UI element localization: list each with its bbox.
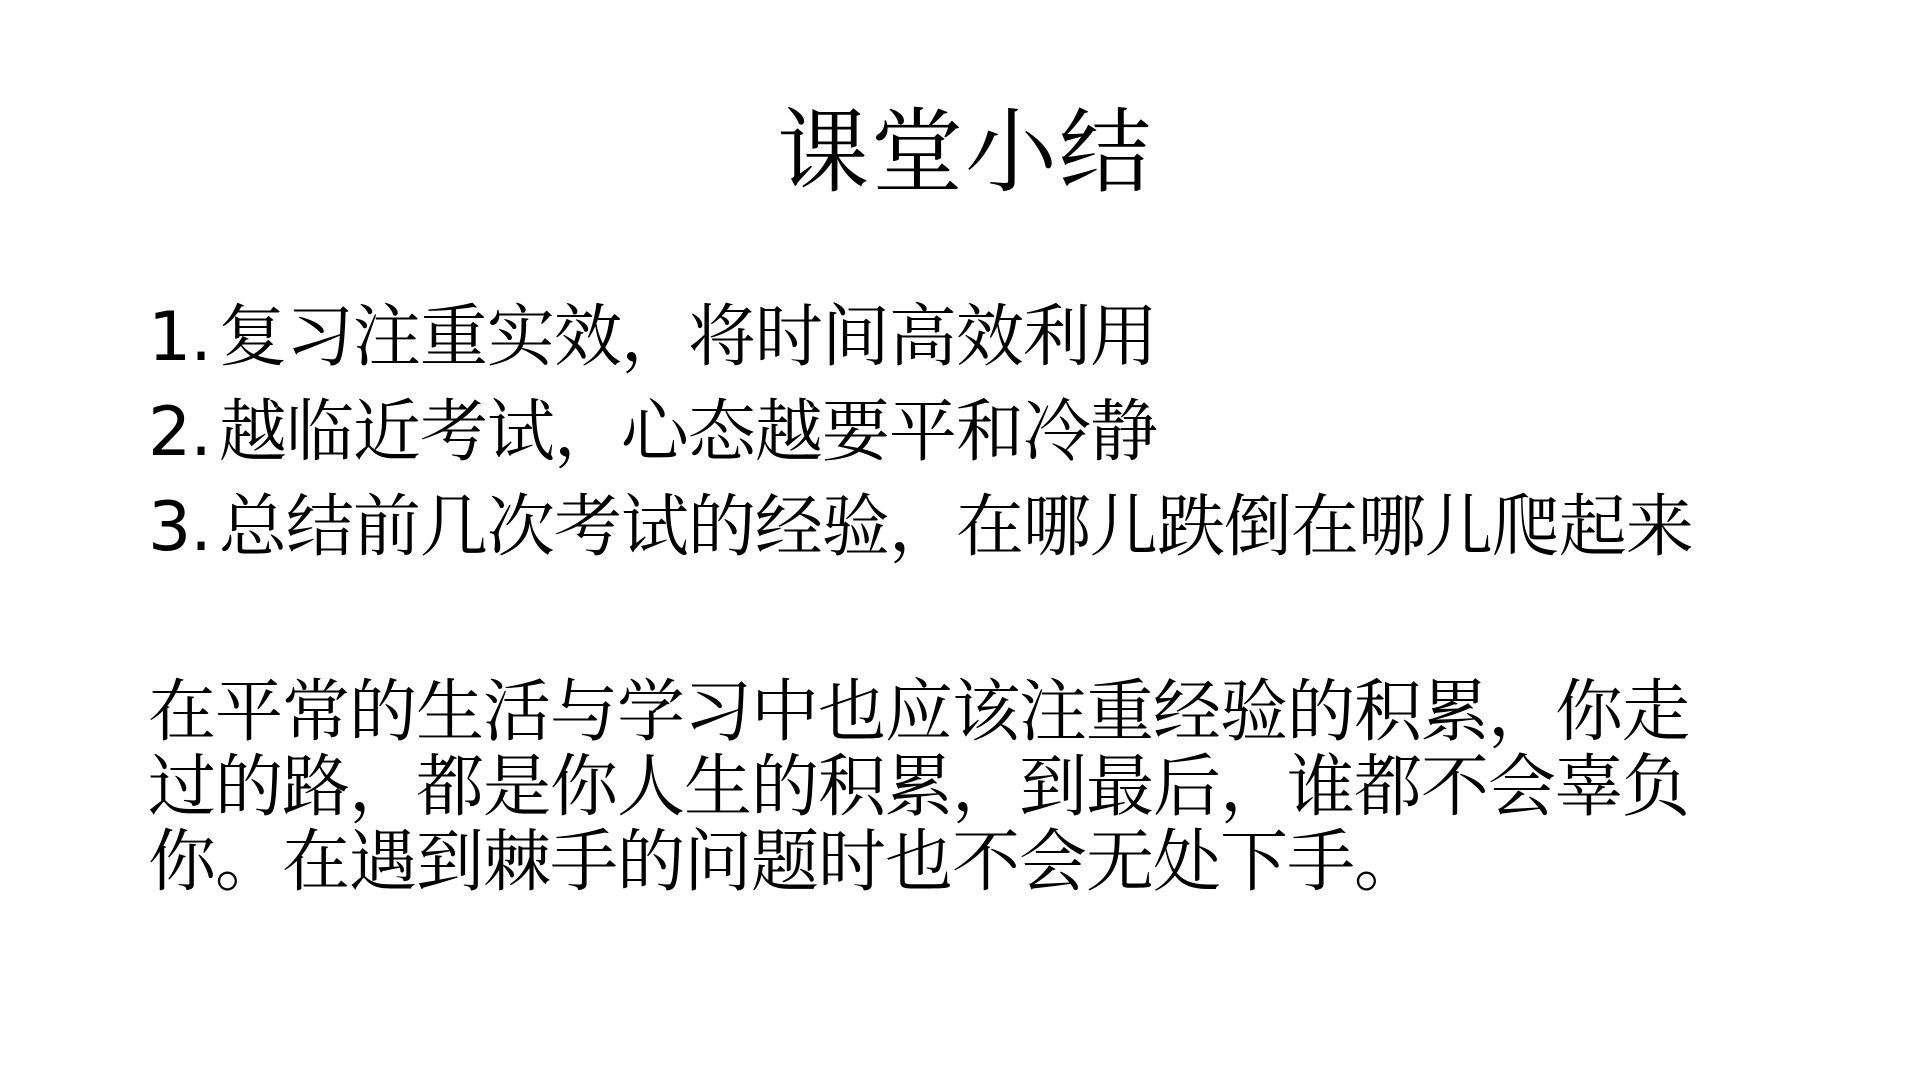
closing-paragraph: 在平常的生活与学习中也应该注重经验的积累，你走 过的路，都是你人生的积累，到最后… bbox=[148, 675, 1788, 900]
summary-point-3: 3.总结前几次考试的经验，在哪儿跌倒在哪儿爬起来 bbox=[148, 480, 1693, 575]
paragraph-line: 在平常的生活与学习中也应该注重经验的积累，你走 bbox=[148, 675, 1788, 750]
point-number: 2. bbox=[148, 385, 211, 480]
slide: 课堂小结 1.复习注重实效，将时间高效利用 2.越临近考试，心态越要平和冷静 3… bbox=[0, 0, 1920, 1080]
slide-title: 课堂小结 bbox=[0, 98, 1920, 208]
point-number: 1. bbox=[148, 290, 211, 385]
summary-point-2: 2.越临近考试，心态越要平和冷静 bbox=[148, 385, 1693, 480]
point-number: 3. bbox=[148, 480, 211, 575]
summary-list: 1.复习注重实效，将时间高效利用 2.越临近考试，心态越要平和冷静 3.总结前几… bbox=[148, 290, 1693, 575]
paragraph-line: 过的路，都是你人生的积累，到最后，谁都不会辜负 bbox=[148, 750, 1788, 825]
point-text: 总结前几次考试的经验，在哪儿跌倒在哪儿爬起来 bbox=[219, 488, 1693, 567]
point-text: 复习注重实效，将时间高效利用 bbox=[219, 298, 1157, 377]
point-text: 越临近考试，心态越要平和冷静 bbox=[219, 393, 1157, 472]
paragraph-line: 你。在遇到棘手的问题时也不会无处下手。 bbox=[148, 825, 1788, 900]
summary-point-1: 1.复习注重实效，将时间高效利用 bbox=[148, 290, 1693, 385]
